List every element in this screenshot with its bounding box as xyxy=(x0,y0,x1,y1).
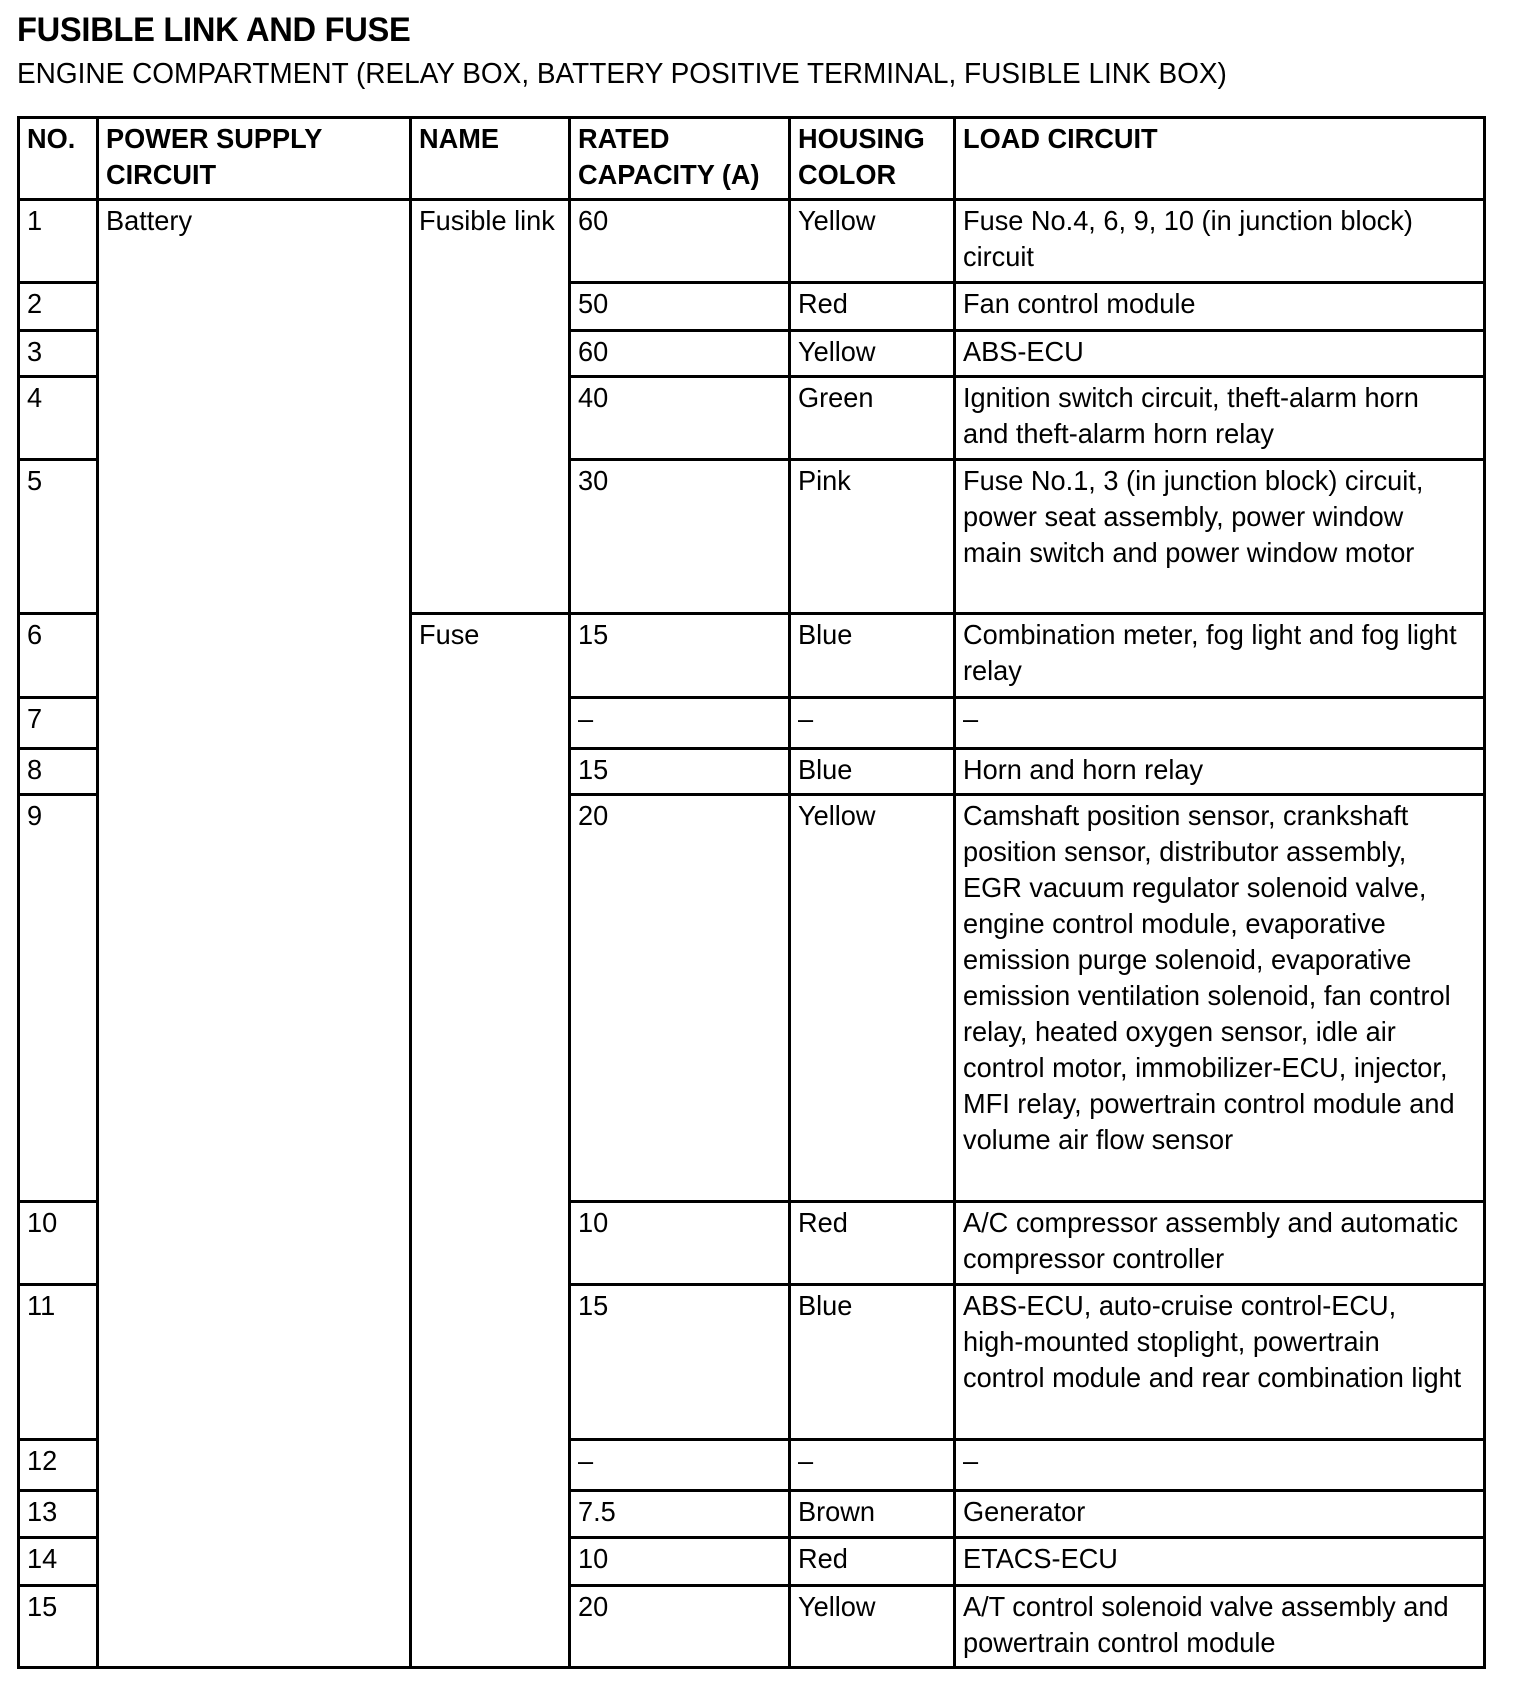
cell-load-circuit: ABS-ECU xyxy=(955,331,1485,377)
cell-rated-capacity: 15 xyxy=(570,749,790,795)
cell-housing-color: – xyxy=(790,698,955,749)
cell-load-circuit: A/C compressor assembly and automatic co… xyxy=(955,1202,1485,1285)
cell-load-circuit: – xyxy=(955,1440,1485,1491)
cell-housing-color: Blue xyxy=(790,1285,955,1440)
cell-housing-color: Yellow xyxy=(790,1586,955,1668)
cell-no: 4 xyxy=(19,377,98,460)
cell-load-circuit: Fuse No.4, 6, 9, 10 (in junction block) … xyxy=(955,200,1485,283)
cell-rated-capacity: 20 xyxy=(570,795,790,1202)
cell-load-circuit: Fan control module xyxy=(955,283,1485,331)
header-no: NO. xyxy=(19,118,98,200)
cell-load-circuit: A/T control solenoid valve assembly and … xyxy=(955,1586,1485,1668)
cell-load-circuit: – xyxy=(955,698,1485,749)
cell-load-circuit: Fuse No.1, 3 (in junction block) circuit… xyxy=(955,460,1485,614)
header-name: NAME xyxy=(411,118,570,200)
header-load-circuit: LOAD CIRCUIT xyxy=(955,118,1485,200)
cell-housing-color: Blue xyxy=(790,614,955,698)
cell-no: 11 xyxy=(19,1285,98,1440)
cell-load-circuit: ETACS-ECU xyxy=(955,1538,1485,1586)
cell-no: 1 xyxy=(19,200,98,283)
cell-no: 9 xyxy=(19,795,98,1202)
header-power-supply-circuit: POWER SUPPLY CIRCUIT xyxy=(98,118,411,200)
cell-no: 7 xyxy=(19,698,98,749)
cell-no: 14 xyxy=(19,1538,98,1586)
fusible-link-fuse-table: NO. POWER SUPPLY CIRCUIT NAME RATED CAPA… xyxy=(17,116,1486,1669)
header-housing-color: HOUSING COLOR xyxy=(790,118,955,200)
cell-rated-capacity: 10 xyxy=(570,1202,790,1285)
cell-rated-capacity: 15 xyxy=(570,1285,790,1440)
cell-rated-capacity: – xyxy=(570,698,790,749)
cell-load-circuit: Combination meter, fog light and fog lig… xyxy=(955,614,1485,698)
cell-rated-capacity: 10 xyxy=(570,1538,790,1586)
cell-rated-capacity: 50 xyxy=(570,283,790,331)
cell-rated-capacity: 20 xyxy=(570,1586,790,1668)
cell-load-circuit: Ignition switch circuit, theft-alarm hor… xyxy=(955,377,1485,460)
cell-power-supply-circuit: Battery xyxy=(98,200,411,1668)
cell-no: 15 xyxy=(19,1586,98,1668)
cell-no: 8 xyxy=(19,749,98,795)
cell-housing-color: – xyxy=(790,1440,955,1491)
cell-no: 5 xyxy=(19,460,98,614)
cell-housing-color: Red xyxy=(790,283,955,331)
cell-housing-color: Blue xyxy=(790,749,955,795)
cell-rated-capacity: 15 xyxy=(570,614,790,698)
page-title: FUSIBLE LINK AND FUSE xyxy=(17,10,410,50)
cell-housing-color: Yellow xyxy=(790,331,955,377)
cell-rated-capacity: 30 xyxy=(570,460,790,614)
cell-rated-capacity: 7.5 xyxy=(570,1491,790,1538)
cell-rated-capacity: 60 xyxy=(570,331,790,377)
cell-load-circuit: Camshaft position sensor, crankshaft pos… xyxy=(955,795,1485,1202)
cell-no: 2 xyxy=(19,283,98,331)
cell-load-circuit: Horn and horn relay xyxy=(955,749,1485,795)
cell-housing-color: Pink xyxy=(790,460,955,614)
cell-no: 3 xyxy=(19,331,98,377)
cell-load-circuit: Generator xyxy=(955,1491,1485,1538)
cell-housing-color: Yellow xyxy=(790,200,955,283)
table-body: 1BatteryFusible link60YellowFuse No.4, 6… xyxy=(19,200,1485,1668)
cell-housing-color: Red xyxy=(790,1538,955,1586)
header-rated-capacity: RATED CAPACITY (A) xyxy=(570,118,790,200)
cell-no: 10 xyxy=(19,1202,98,1285)
cell-rated-capacity: – xyxy=(570,1440,790,1491)
cell-no: 13 xyxy=(19,1491,98,1538)
cell-load-circuit: ABS-ECU, auto-cruise control-ECU, high-m… xyxy=(955,1285,1485,1440)
page-subtitle: ENGINE COMPARTMENT (RELAY BOX, BATTERY P… xyxy=(17,56,1227,92)
cell-housing-color: Green xyxy=(790,377,955,460)
cell-name: Fusible link xyxy=(411,200,570,614)
cell-rated-capacity: 40 xyxy=(570,377,790,460)
cell-no: 12 xyxy=(19,1440,98,1491)
cell-rated-capacity: 60 xyxy=(570,200,790,283)
cell-housing-color: Brown xyxy=(790,1491,955,1538)
table-header-row: NO. POWER SUPPLY CIRCUIT NAME RATED CAPA… xyxy=(19,118,1485,200)
cell-housing-color: Yellow xyxy=(790,795,955,1202)
cell-housing-color: Red xyxy=(790,1202,955,1285)
cell-name: Fuse xyxy=(411,614,570,1668)
table-row: 1BatteryFusible link60YellowFuse No.4, 6… xyxy=(19,200,1485,283)
cell-no: 6 xyxy=(19,614,98,698)
